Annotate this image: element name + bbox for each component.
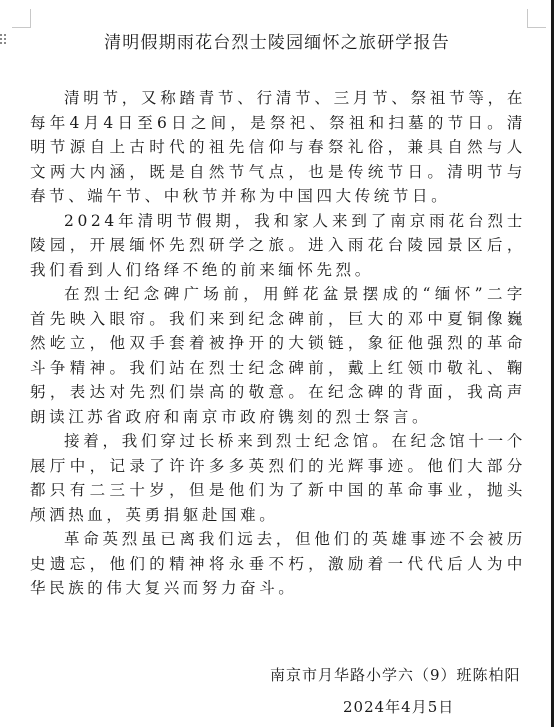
signature-block: 南京市月华路小学六（9）班陈柏阳 2024年4月5日 (270, 664, 530, 718)
paragraph-2: 2024年清明节假期，我和家人来到了南京雨花台烈士陵园，开展缅怀先烈研学之旅。进… (30, 209, 526, 283)
paragraph-5: 革命英烈虽已离我们远去，但他们的英雄事迹不会被历史遗忘，他们的精神将永垂不朽，激… (30, 527, 526, 601)
document-title: 清明假期雨花台烈士陵园缅怀之旅研学报告 (0, 30, 554, 56)
margin-corner-mark-top-right (527, 9, 546, 28)
margin-corner-mark-top-left (12, 9, 31, 28)
paragraph-3: 在烈士纪念碑广场前，用鲜花盆景摆成的“缅怀”二字首先映入眼帘。我们来到纪念碑前，… (30, 282, 526, 429)
document-body[interactable]: 清明节，又称踏青节、行清节、三月节、祭祖节等，在每年4月4日至6日之间，是祭祀、… (30, 86, 526, 601)
paragraph-4: 接着，我们穿过长桥来到烈士纪念馆。在纪念馆十一个展厅中，记录了许许多多英烈们的光… (30, 429, 526, 527)
signature-author: 南京市月华路小学六（9）班陈柏阳 (270, 664, 530, 686)
paragraph-1: 清明节，又称踏青节、行清节、三月节、祭祖节等，在每年4月4日至6日之间，是祭祀、… (30, 86, 526, 209)
document-page: 清明假期雨花台烈士陵园缅怀之旅研学报告 清明节，又称踏青节、行清节、三月节、祭祖… (0, 0, 554, 727)
signature-date: 2024年4月5日 (343, 696, 530, 718)
